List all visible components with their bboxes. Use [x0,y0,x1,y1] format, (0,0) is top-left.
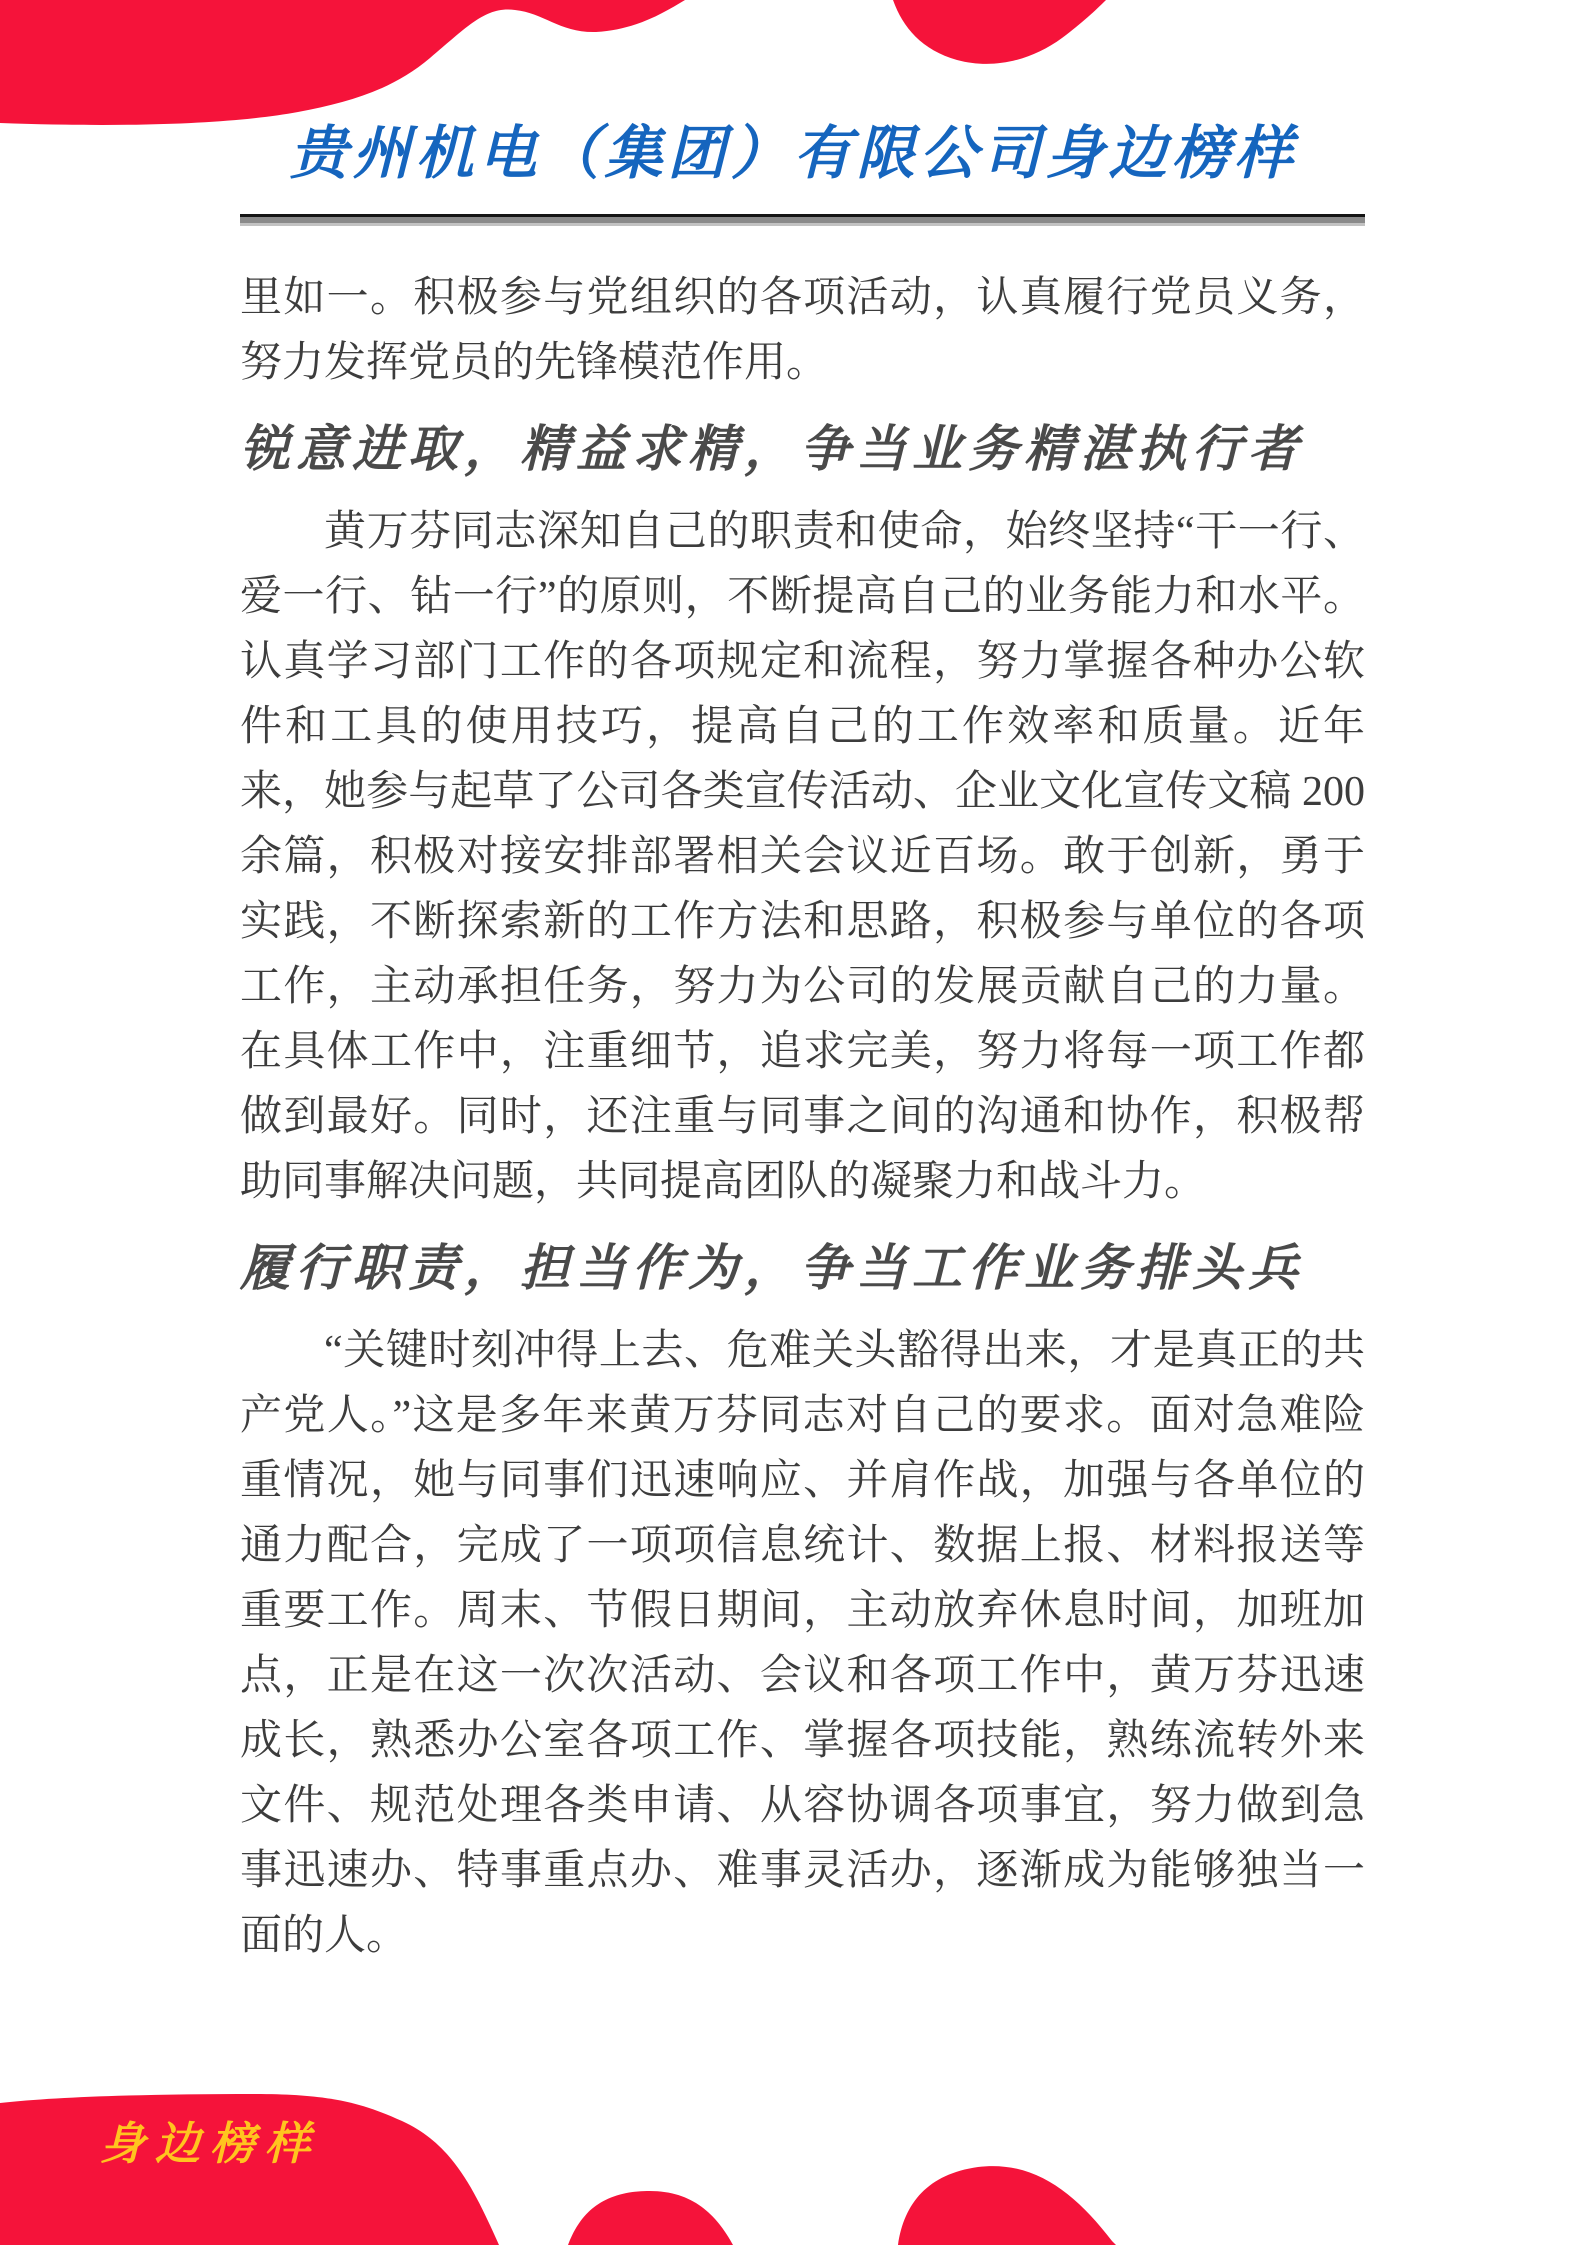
page-title: 贵州机电（集团）有限公司身边榜样 [0,112,1587,196]
paragraph-2: 黄万芬同志深知自己的职责和使命，始终坚持“干一行、爱一行、钻一行”的原则，不断提… [240,500,1365,1215]
article-body: 里如一。积极参与党组织的各项活动，认真履行党员义务，努力发挥党员的先锋模范作用。… [240,266,1365,1969]
red-hill-small-shape [568,2191,733,2245]
document-page: 贵州机电（集团）有限公司身边榜样 里如一。积极参与党组织的各项活动，认真履行党员… [0,0,1587,2245]
paragraph-3: “关键时刻冲得上去、危难关头豁得出来，才是真正的共产党人。”这是多年来黄万芬同志… [240,1319,1365,1969]
red-hill-large-shape [898,2166,1116,2245]
section-heading-2: 履行职责，担当作为，争当工作业务排头兵 [240,1231,1365,1305]
footer-badge: 身边榜样 [100,2118,320,2170]
red-blob-top-center-shape [893,0,1106,64]
title-divider [240,214,1365,226]
section-heading-1: 锐意进取，精益求精，争当业务精湛执行者 [240,412,1365,486]
red-wave-top-left-shape [0,0,685,125]
paragraph-1: 里如一。积极参与党组织的各项活动，认真履行党员义务，努力发挥党员的先锋模范作用。 [240,266,1365,396]
